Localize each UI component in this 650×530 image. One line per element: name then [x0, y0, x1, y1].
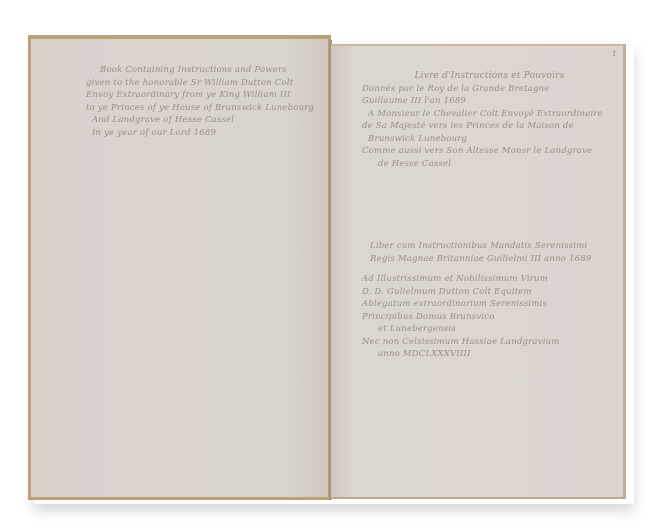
handwritten-line: In ye year of our Lord 1689: [86, 127, 326, 140]
line-gap: [362, 265, 622, 273]
handwritten-line: A Monsieur le Chevalier Colt Envoyé Extr…: [362, 108, 617, 121]
handwritten-line: given to the honorable Sr William Dutton…: [86, 77, 326, 90]
handwritten-line: Brunswick Lunebourg: [362, 133, 617, 146]
open-manuscript-book: 1 Book Containing Instructions and Power…: [0, 0, 650, 530]
handwritten-line: Ablegatum extraordinarium Serenissimis: [362, 298, 622, 311]
handwritten-line: Regis Magnae Britanniae Guilielmi III an…: [362, 253, 622, 266]
handwritten-line: Comme aussi vers Son Altesse Monsr le La…: [362, 145, 617, 158]
handwritten-line: de Hesse Cassel: [362, 158, 617, 171]
handwritten-line: Book Containing Instructions and Powers: [86, 64, 326, 77]
handwritten-line: D. D. Gulielmum Dutton Colt Equitem: [362, 286, 622, 299]
handwritten-line: Donnés par le Roy de la Grande Bretagne: [362, 83, 617, 96]
section-title: Livre d'Instructions et Pouvoirs: [362, 70, 617, 83]
left-page-inscription: Book Containing Instructions and Powers …: [86, 64, 326, 139]
right-page-french-title: Livre d'Instructions et Pouvoirs Donnés …: [362, 70, 617, 170]
handwritten-line: Guillaume III l'an 1689: [362, 95, 617, 108]
handwritten-line: Nec non Celsissimum Hassiae Landgravium: [362, 336, 622, 349]
handwritten-line: Envoy Extraordinary from ye King William…: [86, 89, 326, 102]
folio-number: 1: [612, 50, 616, 58]
handwritten-line: Ad Illustrissimum et Nobilissimum Virum: [362, 273, 622, 286]
handwritten-line: de Sa Majesté vers les Princes de la Mai…: [362, 120, 617, 133]
handwritten-line: Liber cum Instructionibus Mandatis Seren…: [362, 240, 622, 253]
handwritten-line: to ye Princes of ye House of Brunswick L…: [86, 102, 326, 115]
handwritten-line: Principibus Domus Brunsvico: [362, 311, 622, 324]
handwritten-line: And Landgrave of Hesse Cassel: [86, 114, 326, 127]
handwritten-line: anno MDCLXXXVIIII: [362, 348, 622, 361]
right-page-latin-title: Liber cum Instructionibus Mandatis Seren…: [362, 240, 622, 361]
handwritten-line: et Lunebergensis: [362, 323, 622, 336]
